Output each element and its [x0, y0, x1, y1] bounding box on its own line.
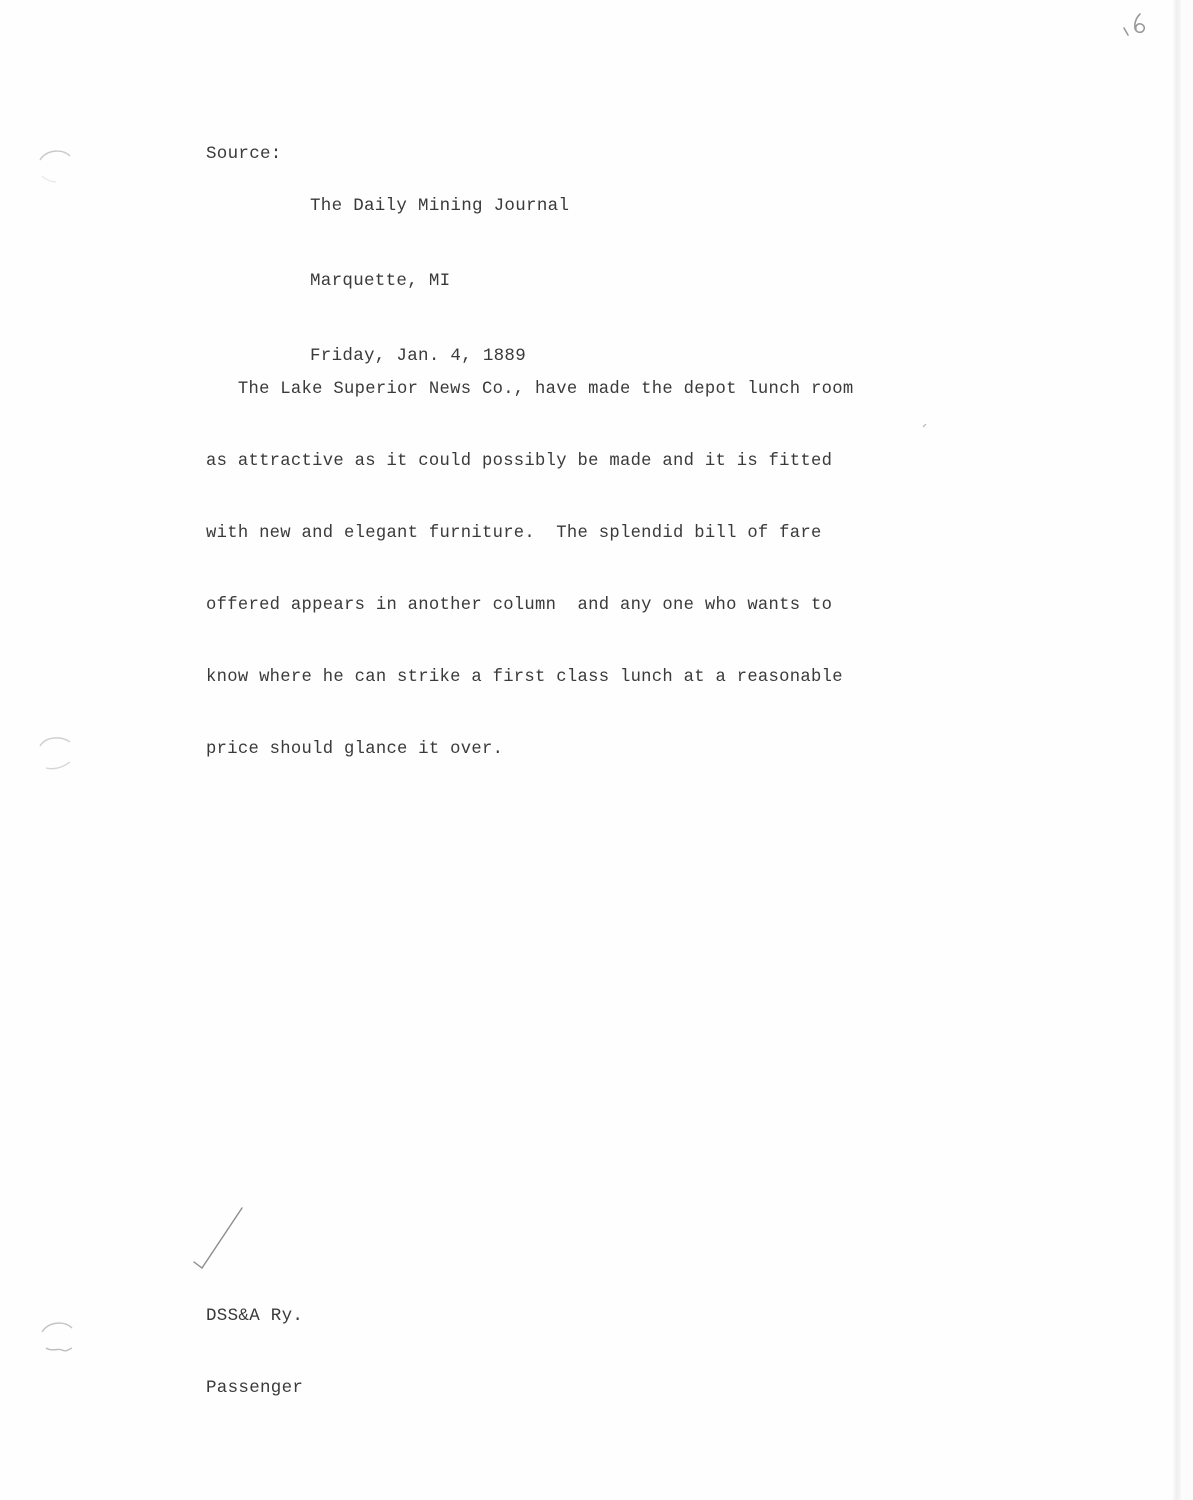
source-publication: The Daily Mining Journal	[310, 194, 569, 219]
body-line: price should glance it over.	[206, 738, 853, 762]
punch-hole-icon	[36, 146, 76, 186]
body-line: with new and elegant furniture. The sple…	[206, 522, 853, 546]
body-line: offered appears in another column and an…	[206, 594, 853, 618]
page-edge-shadow	[1173, 0, 1181, 1500]
body-line: know where he can strike a first class l…	[206, 666, 853, 690]
punch-hole-icon	[36, 734, 76, 774]
body-line: as attractive as it could possibly be ma…	[206, 450, 853, 474]
source-label: Source:	[206, 144, 282, 164]
article-body: The Lake Superior News Co., have made th…	[206, 330, 853, 810]
category-railway: DSS&A Ry.	[206, 1304, 303, 1328]
category-type: Passenger	[206, 1376, 303, 1400]
punch-hole-icon	[38, 1318, 78, 1358]
stray-pencil-mark	[920, 420, 930, 430]
source-location: Marquette, MI	[310, 269, 569, 294]
page-edge	[1181, 0, 1193, 1500]
category-footer: DSS&A Ry. Passenger	[206, 1256, 303, 1448]
document-page: Source: The Daily Mining Journal Marquet…	[0, 0, 1193, 1500]
handwritten-page-number	[1120, 8, 1160, 38]
body-line: The Lake Superior News Co., have made th…	[206, 378, 853, 402]
